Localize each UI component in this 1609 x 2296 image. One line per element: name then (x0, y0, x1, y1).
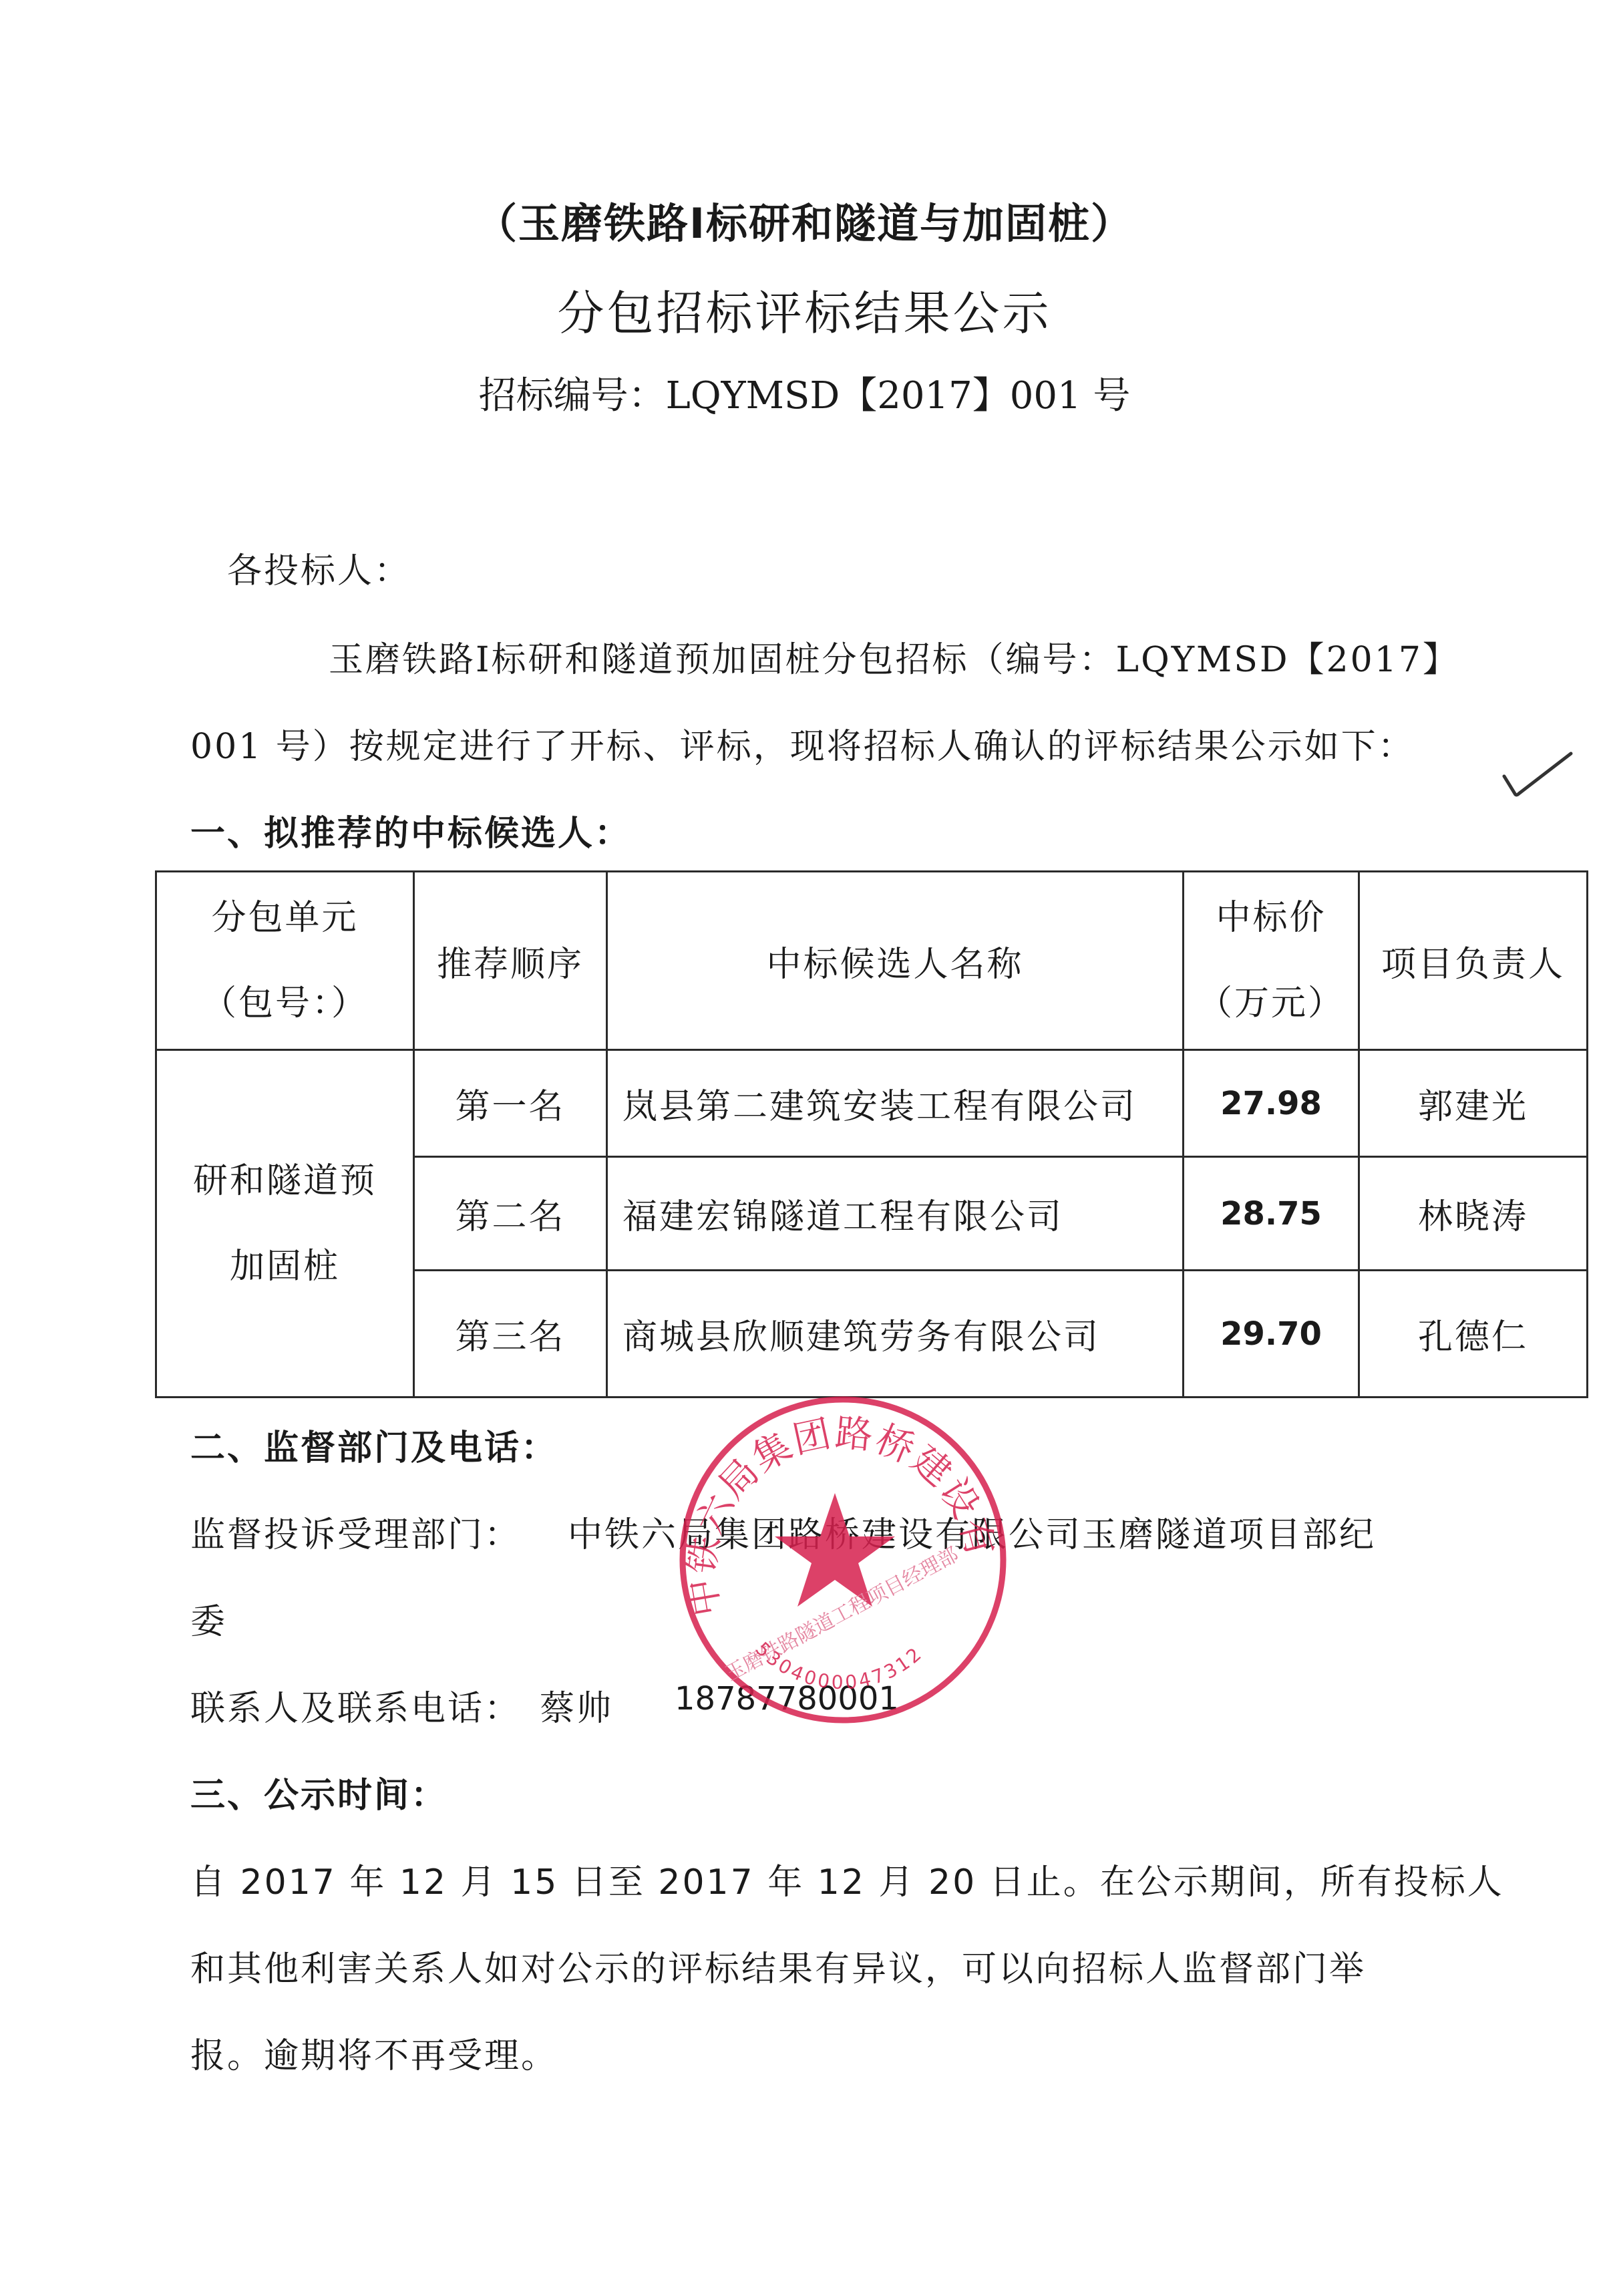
intro-paragraph-line2: 001 号）按规定进行了开标、评标，现将招标人确认的评标结果公示如下： (190, 718, 1415, 768)
contact-name: 蔡帅 (540, 1680, 613, 1730)
project-lead-cell: 郭建光 (1359, 1050, 1588, 1157)
rank-cell: 第二名 (414, 1157, 607, 1271)
package-unit-cell: 研和隧道预 加固桩 (156, 1050, 414, 1398)
header-candidate-name: 中标候选人名称 (607, 872, 1184, 1050)
table-header-row: 分包单元 （包号：） 推荐顺序 中标候选人名称 中标价 （万元） 项目负责人 (156, 872, 1588, 1050)
supervision-dept-line1: 中铁六局集团路桥建设有限公司玉磨隧道项目部纪 (568, 1506, 1376, 1556)
section1-heading: 一、拟推荐的中标候选人： (190, 805, 631, 855)
stamp-inner-text: 玉磨铁路隧道工程项目经理部 (721, 1543, 962, 1686)
document-title-main: 分包招标评标结果公示 (0, 276, 1609, 343)
document-title-project: （玉磨铁路Ⅰ标研和隧道与加固桩） (0, 190, 1609, 250)
notice-line3: 报。逾期将不再受理。 (190, 2027, 558, 2078)
handwritten-checkmark-icon (1496, 748, 1576, 808)
header-rank: 推荐顺序 (414, 872, 607, 1050)
candidate-name-cell: 岚县第二建筑安装工程有限公司 (607, 1050, 1184, 1157)
rank-cell: 第一名 (414, 1050, 607, 1157)
notice-line2: 和其他利害关系人如对公示的评标结果有异议，可以向招标人监督部门举 (190, 1941, 1366, 1991)
section3-heading: 三、公示时间： (190, 1767, 448, 1817)
rank-cell: 第三名 (414, 1271, 607, 1398)
project-lead-cell: 孔德仁 (1359, 1271, 1588, 1398)
table-row: 研和隧道预 加固桩 第一名 岚县第二建筑安装工程有限公司 27.98 郭建光 (156, 1050, 1588, 1157)
project-lead-cell: 林晓涛 (1359, 1157, 1588, 1271)
price-cell: 28.75 (1184, 1157, 1359, 1271)
price-cell: 29.70 (1184, 1271, 1359, 1398)
section2-heading: 二、监督部门及电话： (190, 1420, 558, 1470)
official-seal-stamp: 中铁六局集团路桥建设有限公司 玉磨铁路隧道工程项目经理部 53040000473… (675, 1393, 1012, 1727)
header-price: 中标价 （万元） (1184, 872, 1359, 1050)
contact-phone: 18787780001 (675, 1680, 899, 1717)
intro-paragraph-line1: 玉磨铁路Ⅰ标研和隧道预加固桩分包招标（编号：LQYMSD【2017】 (329, 631, 1459, 681)
supervision-dept-line2: 委 (190, 1593, 227, 1643)
candidate-name-cell: 商城县欣顺建筑劳务有限公司 (607, 1271, 1184, 1398)
results-table: 分包单元 （包号：） 推荐顺序 中标候选人名称 中标价 （万元） 项目负责人 研… (155, 870, 1588, 1398)
supervision-dept-label: 监督投诉受理部门： (190, 1506, 521, 1556)
contact-label: 联系人及联系电话： (190, 1680, 521, 1730)
notice-line1: 自 2017 年 12 月 15 日至 2017 年 12 月 20 日止。在公… (190, 1854, 1504, 1904)
price-cell: 27.98 (1184, 1050, 1359, 1157)
salutation: 各投标人： (227, 542, 411, 593)
header-project-lead: 项目负责人 (1359, 872, 1588, 1050)
candidate-name-cell: 福建宏锦隧道工程有限公司 (607, 1157, 1184, 1271)
header-package-unit: 分包单元 （包号：） (156, 872, 414, 1050)
bid-number: 招标编号：LQYMSD【2017】001 号 (0, 366, 1609, 420)
